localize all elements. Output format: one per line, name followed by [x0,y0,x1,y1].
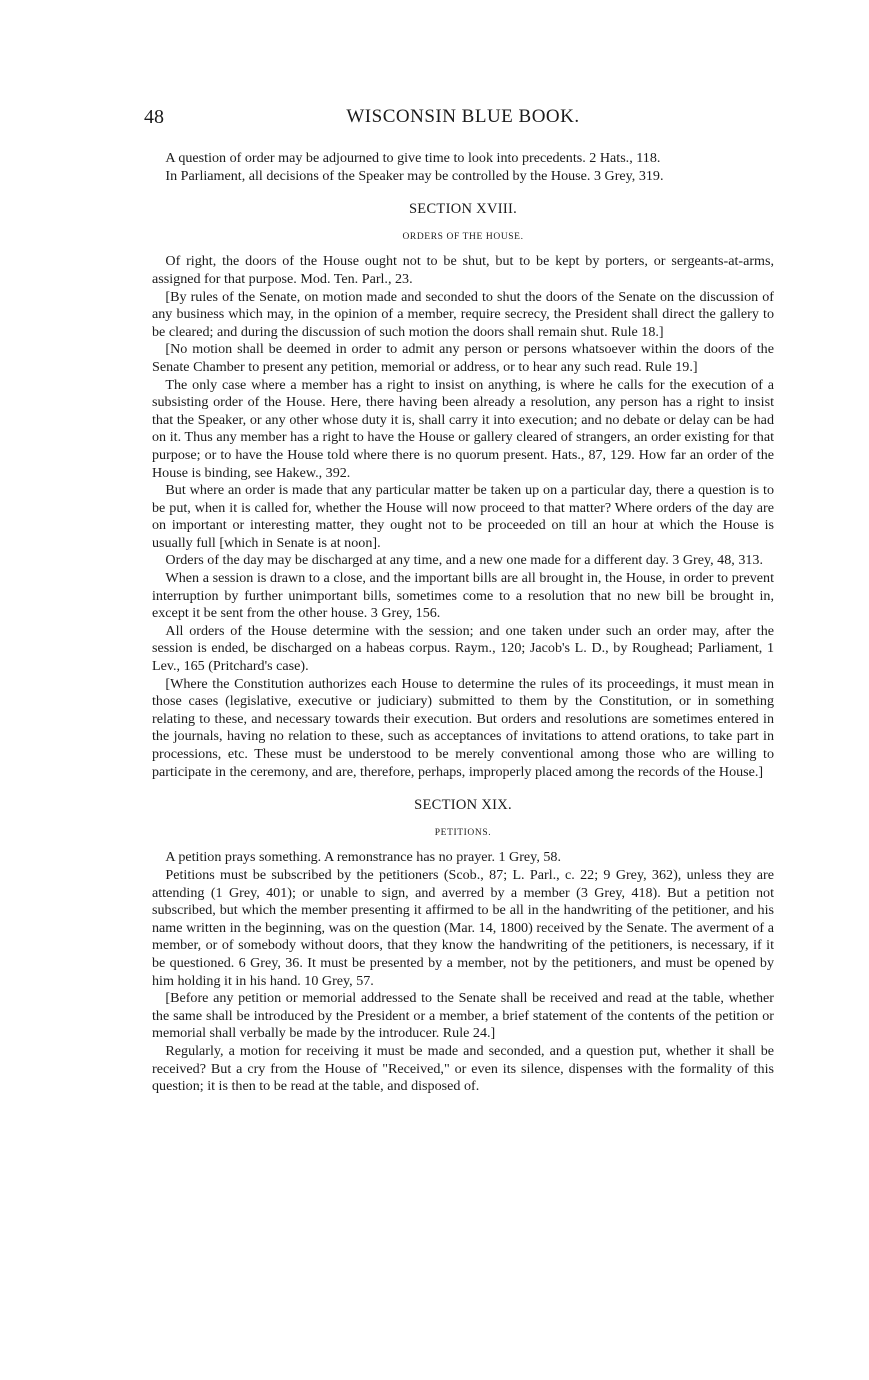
paragraph: The only case where a member has a right… [152,377,774,483]
paragraph: When a session is drawn to a close, and … [152,570,774,623]
paragraph: Orders of the day may be discharged at a… [152,552,774,570]
paragraph: [Before any petition or memorial address… [152,990,774,1043]
paragraph: [Where the Constitution authorizes each … [152,676,774,782]
book-title: WISCONSIN BLUE BOOK. [152,106,774,128]
paragraph: A question of order may be adjourned to … [152,150,774,168]
page-body: A question of order may be adjourned to … [152,150,774,1096]
paragraph: Regularly, a motion for receiving it mus… [152,1043,774,1096]
paragraph: All orders of the House determine with t… [152,623,774,676]
section-title: SECTION XVIII. [152,201,774,219]
paragraph: A petition prays something. A remonstran… [152,849,774,867]
paragraph: In Parliament, all decisions of the Spea… [152,168,774,186]
paragraph: Of right, the doors of the House ought n… [152,253,774,288]
section-subtitle: PETITIONS. [152,825,774,843]
paragraph: Petitions must be subscribed by the peti… [152,867,774,990]
section-title: SECTION XIX. [152,797,774,815]
paragraph: [No motion shall be deemed in order to a… [152,341,774,376]
running-head: 48 WISCONSIN BLUE BOOK. [152,106,774,130]
section-subtitle: ORDERS OF THE HOUSE. [152,229,774,247]
paragraph: But where an order is made that any part… [152,482,774,552]
paragraph: [By rules of the Senate, on motion made … [152,289,774,342]
